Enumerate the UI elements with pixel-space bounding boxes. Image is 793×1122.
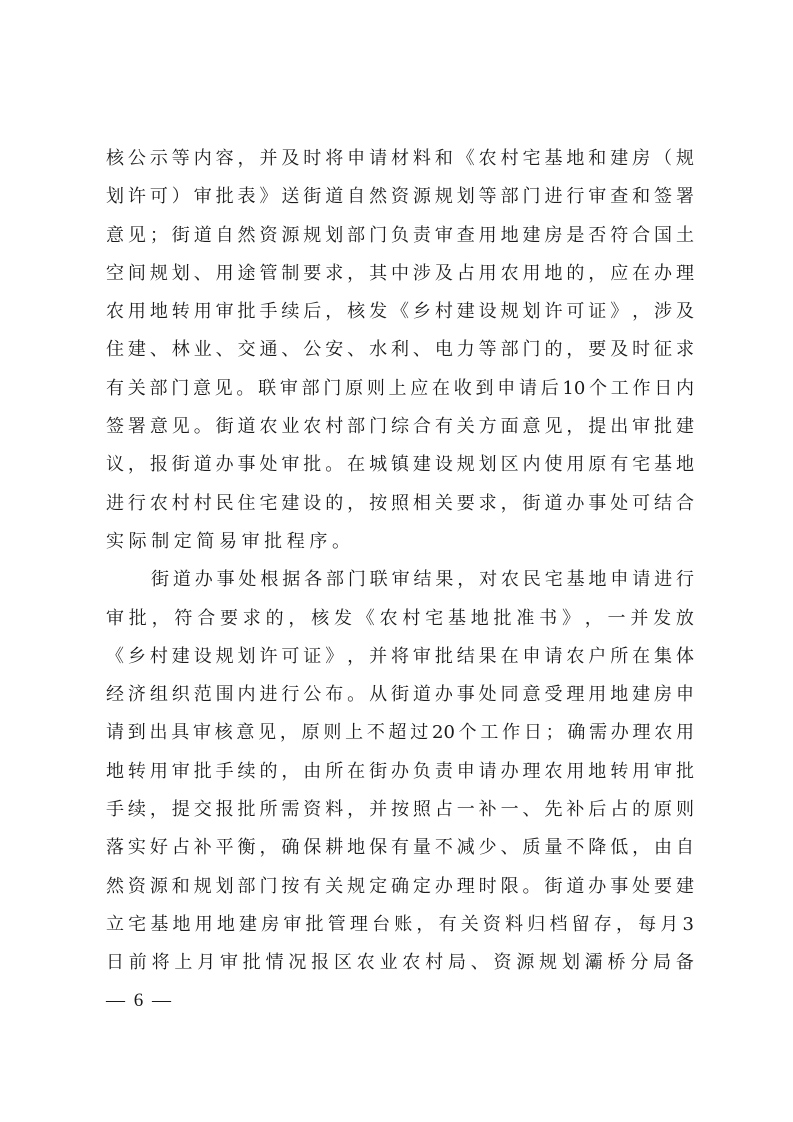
text-line: 审批，符合要求的，核发《农村宅基地批准书》，一并发放 xyxy=(106,600,694,638)
text-line: 然资源和规划部门按有关规定确定办理时限。街道办事处要建 xyxy=(106,868,694,906)
text-line: 手续，提交报批所需资料，并按照占一补一、先补后占的原则 xyxy=(106,791,694,829)
text-line: 核公示等内容，并及时将申请材料和《农村宅基地和建房（规 xyxy=(106,140,694,178)
text-line: 进行农村村民住宅建设的，按照相关要求，街道办事处可结合 xyxy=(106,485,694,523)
text-line: 《乡村建设规划许可证》，并将审批结果在申请农户所在集体 xyxy=(106,638,694,676)
paragraph: 街道办事处根据各部门联审结果，对农民宅基地申请进行审批，符合要求的，核发《农村宅… xyxy=(106,561,694,982)
paragraph: 核公示等内容，并及时将申请材料和《农村宅基地和建房（规划许可）审批表》送街道自然… xyxy=(106,140,694,561)
text-line: 空间规划、用途管制要求，其中涉及占用农用地的，应在办理 xyxy=(106,255,694,293)
text-line: 意见；街道自然资源规划部门负责审查用地建房是否符合国土 xyxy=(106,217,694,255)
page-number: — 6 — xyxy=(106,990,173,1012)
text-line: 住建、林业、交通、公安、水利、电力等部门的，要及时征求 xyxy=(106,331,694,369)
text-line: 立宅基地用地建房审批管理台账，有关资料归档留存，每月3 xyxy=(106,906,694,944)
text-line: 日前将上月审批情况报区农业农村局、资源规划灞桥分局备 xyxy=(106,944,694,982)
text-line: 经济组织范围内进行公布。从街道办事处同意受理用地建房申 xyxy=(106,676,694,714)
text-line: 有关部门意见。联审部门原则上应在收到申请后10个工作日内 xyxy=(106,370,694,408)
text-line: 议，报街道办事处审批。在城镇建设规划区内使用原有宅基地 xyxy=(106,446,694,484)
text-line: 划许可）审批表》送街道自然资源规划等部门进行审查和签署 xyxy=(106,178,694,216)
document-page: 核公示等内容，并及时将申请材料和《农村宅基地和建房（规划许可）审批表》送街道自然… xyxy=(0,0,793,1122)
text-line: 街道办事处根据各部门联审结果，对农民宅基地申请进行 xyxy=(106,561,694,599)
text-line: 落实好占补平衡，确保耕地保有量不减少、质量不降低，由自 xyxy=(106,829,694,867)
text-line: 请到出具审核意见，原则上不超过20个工作日；确需办理农用 xyxy=(106,714,694,752)
text-line: 农用地转用审批手续后，核发《乡村建设规划许可证》，涉及 xyxy=(106,293,694,331)
body-text: 核公示等内容，并及时将申请材料和《农村宅基地和建房（规划许可）审批表》送街道自然… xyxy=(106,140,694,983)
text-line: 实际制定简易审批程序。 xyxy=(106,523,694,561)
text-line: 地转用审批手续的，由所在街办负责申请办理农用地转用审批 xyxy=(106,753,694,791)
text-line: 签署意见。街道农业农村部门综合有关方面意见，提出审批建 xyxy=(106,408,694,446)
